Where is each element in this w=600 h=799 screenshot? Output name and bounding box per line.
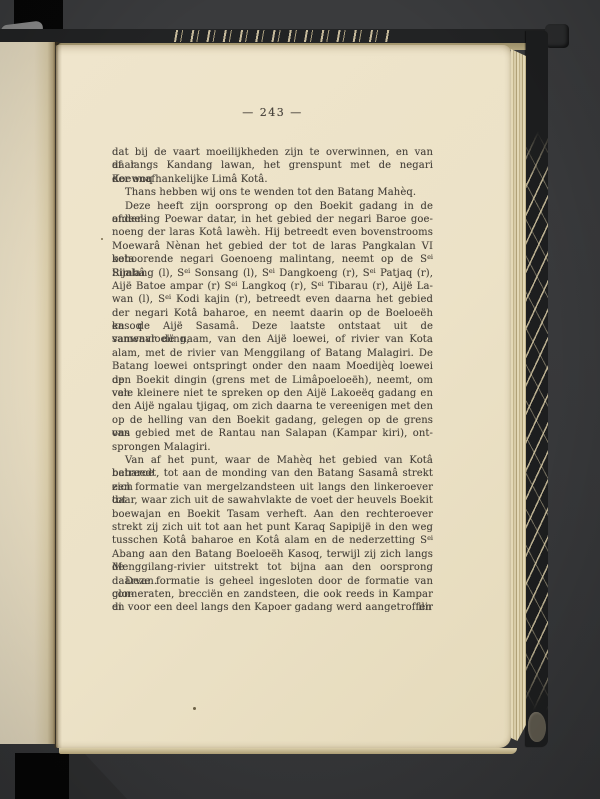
text-line: Deze heeft zijn oorsprong op den Boekit … [112, 200, 433, 213]
text-line: der onafhankelijke Limâ Kotâ. [112, 173, 433, 186]
text-line: Sijalang (l), Sei Sonsang (l), Sei Dangk… [112, 267, 433, 280]
marble-pattern-right [526, 31, 548, 747]
text-line: vanwaar de naam, van den Aijë loewei, of… [112, 333, 433, 346]
text-line: Van af het punt, waar de Mahèq het gebie… [112, 454, 433, 467]
text-line: strekt zij zich uit tot aan het punt Kar… [112, 521, 433, 534]
text-line: betreedt, tot aan de monding van den Bat… [112, 467, 433, 480]
text-line: Menggilang-rivier uitstrekt tot bijna aa… [112, 561, 433, 574]
printed-content: — 243 — dat bij de vaart moeilijkheden z… [112, 106, 433, 615]
text-line: en de Aijë Sasamâ. Deze laatste ontstaat… [112, 320, 433, 333]
text-line: den Aijë ngalau tjigaq, om zich daarna t… [112, 400, 433, 413]
marble-pattern-top [172, 30, 390, 42]
text-line: vele kleinere niet te spreken op den Aij… [112, 387, 433, 400]
text-line: sprongen Malagiri. [112, 441, 433, 454]
cover-corner-sliver [69, 753, 127, 799]
text-line: Aijë Batoe ampar (r) Sei Langkoq (r), Se… [112, 280, 433, 293]
text-line: Thans hebben wij ons te wenden tot den B… [112, 186, 433, 199]
paragraph: Van af het punt, waar de Mahèq het gebie… [112, 454, 433, 575]
text-line: den Boekit dingin (grens met de Limâpoel… [112, 374, 433, 387]
text-line: dat bij de vaart moeilijkheden zijn te o… [112, 146, 433, 159]
text-line: daar, waar zich uit de sawahvlakte de vo… [112, 494, 433, 507]
cover-corner-top-right [545, 24, 569, 48]
paragraph: Thans hebben wij ons te wenden tot den B… [112, 186, 433, 199]
text-line: der negari Kotâ baharoe, en neemt daarin… [112, 307, 433, 320]
page-bottom-edge [59, 748, 517, 754]
text-line: boewajan en Boekit Tasam verheft. Aan de… [112, 508, 433, 521]
facing-page [0, 42, 55, 744]
text-line: afdeeling Poewar datar, in het gebied de… [112, 213, 433, 226]
text-line: Abang aan den Batang Boeloeëh Kasoq, ter… [112, 548, 433, 561]
cover-top-edge [0, 29, 564, 44]
foxing-dot [193, 707, 196, 710]
paragraph: dat bij de vaart moeilijkheden zijn te o… [112, 146, 433, 186]
text-line: wan (l), Sei Kodi kajin (r), betreedt ev… [112, 293, 433, 306]
paragraph: Deze formatie is geheel ingesloten door … [112, 575, 433, 615]
text-line: Batang loewei ontspringt onder den naam … [112, 360, 433, 373]
page-text: dat bij de vaart moeilijkheden zijn te o… [112, 146, 433, 615]
text-line: een formatie van mergelzandsteen uit lan… [112, 481, 433, 494]
cover-right-edge [526, 31, 548, 747]
text-line: Moewarâ Nènan het gebied der tot de lara… [112, 240, 433, 253]
text-line: af langs Kandang lawan, het grenspunt me… [112, 159, 433, 172]
paragraph: Deze heeft zijn oorsprong op den Boekit … [112, 200, 433, 454]
text-line: en voor een deel langs den Kapoer gadang… [112, 601, 433, 614]
gutter-shadow [53, 42, 62, 748]
text-line: behoorende negari Goenoeng malintang, ne… [112, 253, 433, 266]
foxing-dot [101, 238, 103, 240]
scanner-notch-bottom-left [15, 753, 69, 799]
page-edge-stack [511, 49, 526, 741]
text-line: Deze formatie is geheel ingesloten door … [112, 575, 433, 588]
cover-corner-bottom-right [528, 712, 546, 742]
text-line: glomeraten, brecciën en zandsteen, die o… [112, 588, 433, 601]
page-number: — 243 — [112, 106, 433, 120]
text-line: op de helling van den Boekit gadang, gel… [112, 414, 433, 427]
text-line: ons gebied met de Rantau nan Salapan (Ka… [112, 427, 433, 440]
book-scan: — 243 — dat bij de vaart moeilijkheden z… [0, 0, 600, 799]
text-line: alam, met de rivier van Menggilang of Ba… [112, 347, 433, 360]
text-line: noeng der laras Kotâ lawèh. Hij betreedt… [112, 226, 433, 239]
text-line: tusschen Kotâ baharoe en Kotâ alam en de… [112, 534, 433, 547]
